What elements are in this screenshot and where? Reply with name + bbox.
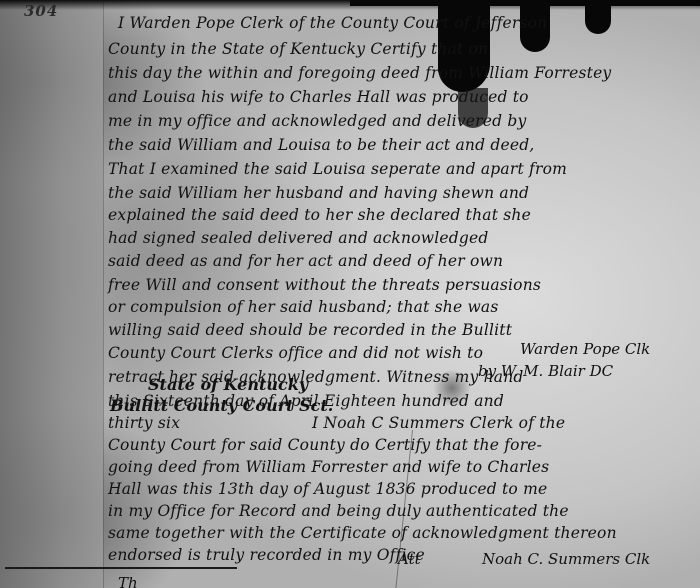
text-line: and Louisa his wife to Charles Hall was … (108, 88, 529, 106)
text-line: County Court for said County do Certify … (108, 436, 542, 454)
next-entry-fragment: Th (118, 574, 138, 588)
clerk-signature: Noah C. Summers Clk (482, 550, 650, 568)
text-line: explained the said deed to her she decla… (108, 206, 531, 224)
text-line: County in the State of Kentucky Certify … (108, 40, 488, 58)
text-line: same together with the Certificate of ac… (108, 524, 617, 542)
text-line: had signed sealed delivered and acknowle… (108, 229, 488, 247)
clerk-signature: Warden Pope Clk (520, 340, 650, 358)
heading-state: State of Kentucky (148, 375, 308, 394)
document-page: 304 I Warden Pope Clerk of the County Co… (0, 0, 700, 588)
text-line: the said William her husband and having … (108, 184, 529, 202)
heading-county: Bullitt County Court Sct. (110, 396, 333, 415)
text-line: I Warden Pope Clerk of the County Court … (118, 14, 547, 32)
text-line: County Court Clerks office and did not w… (108, 344, 483, 362)
text-line: I Noah C Summers Clerk of the (312, 414, 565, 432)
text-line: going deed from William Forrester and wi… (108, 458, 549, 476)
text-line: willing said deed should be recorded in … (108, 321, 512, 339)
text-line: in my Office for Record and being duly a… (108, 502, 569, 520)
text-line: said deed as and for her act and deed of… (108, 252, 503, 270)
margin-rule (103, 0, 104, 588)
text-line: thirty six (108, 414, 180, 432)
section-divider (5, 567, 237, 569)
text-line: or compulsion of her said husband; that … (108, 298, 499, 316)
text-line: this day the within and foregoing deed f… (108, 64, 611, 82)
text-line: endorsed is truly recorded in my Office (108, 546, 425, 564)
left-margin (0, 0, 103, 588)
attest-mark: Att (398, 550, 421, 568)
text-line: me in my office and acknowledged and del… (108, 112, 526, 130)
text-line: That I examined the said Louisa seperate… (108, 160, 567, 178)
page-margin-number: 304 (24, 2, 58, 20)
text-line: free Will and consent without the threat… (108, 276, 541, 294)
deputy-signature: by W. M. Blair DC (478, 362, 613, 380)
text-line: the said William and Louisa to be their … (108, 136, 534, 154)
text-line: Hall was this 13th day of August 1836 pr… (108, 480, 547, 498)
ink-stain (585, 0, 611, 34)
